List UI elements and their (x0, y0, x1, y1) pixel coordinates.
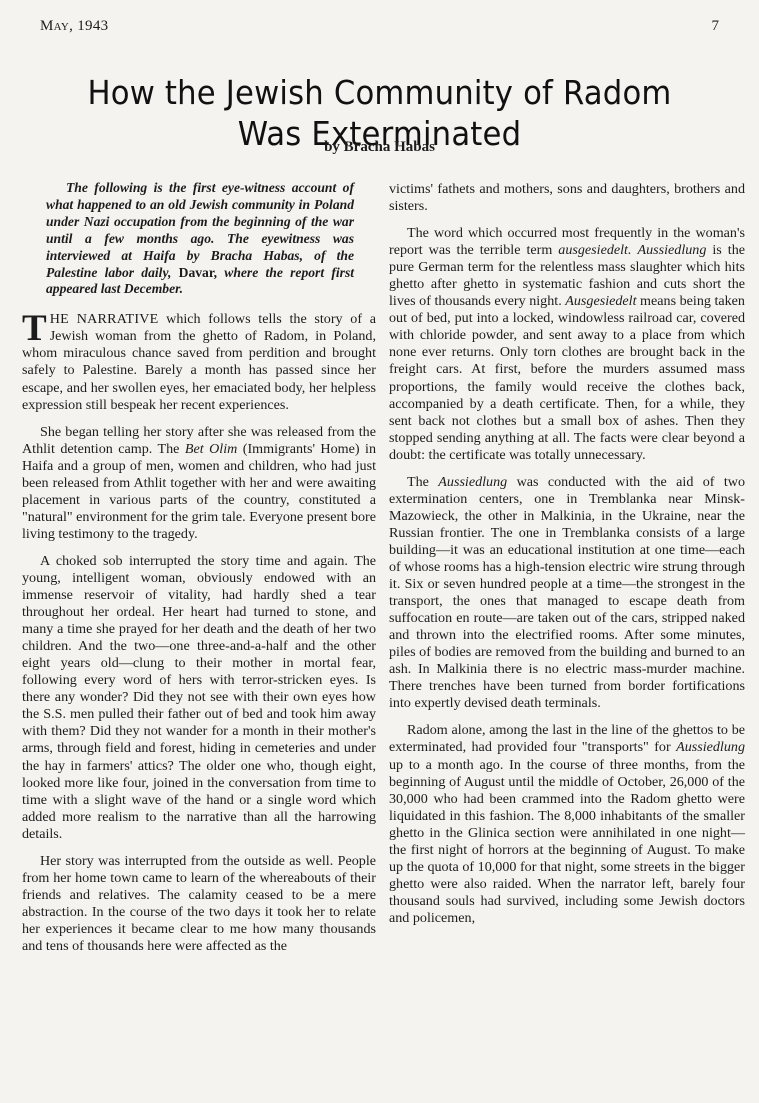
lead-caps: HE NARRATIVE (50, 311, 159, 327)
paragraph-continued: victims' fathets and mothers, sons and d… (389, 181, 745, 215)
paragraph-ausgesiedelt: The word which occurred most frequently … (389, 225, 745, 464)
italic-term: ausgesiedelt. (558, 242, 631, 258)
italic-term: Aussiedlung (438, 474, 507, 490)
paragraph-radom-transports: Radom alone, among the last in the line … (389, 722, 745, 927)
italic-term: Ausgesiedelt (565, 293, 636, 309)
right-column: victims' fathets and mothers, sons and d… (389, 181, 745, 937)
paragraph-extermination-centers: The Aussiedlung was conducted with the a… (389, 474, 745, 713)
text-run: up to a month ago. In the course of thre… (389, 757, 745, 926)
page-number: 7 (712, 18, 720, 35)
left-column: The following is the first eye-witness a… (22, 180, 376, 965)
italic-term: Aussiedlung (637, 242, 706, 258)
paragraph-narrative: THE NARRATIVE which follows tells the st… (22, 311, 376, 413)
title-line-1: How the Jewish Community of Radom (87, 73, 671, 112)
text-run: The (407, 474, 438, 490)
paragraph-interrupted: Her story was interrupted from the outsi… (22, 853, 376, 955)
paragraph-choked-sob: A choked sob interrupted the story time … (22, 553, 376, 843)
drop-cap: T (22, 314, 47, 344)
text-run: was conducted with the aid of two exterm… (389, 474, 745, 712)
running-head: May, 1943 7 (40, 18, 719, 35)
italic-term: Aussiedlung (676, 739, 745, 755)
issue-date: May, 1943 (40, 18, 108, 35)
intro-davar: Davar, (179, 265, 217, 280)
text-run: means being taken out of bed, put into a… (389, 293, 745, 462)
intro-note: The following is the first eye-witness a… (46, 180, 354, 298)
paragraph-athlit: She began telling her story after she wa… (22, 424, 376, 543)
magazine-page: May, 1943 7 How the Jewish Community of … (0, 0, 759, 1103)
italic-term: Bet Olim (185, 441, 237, 457)
byline: by Bracha Habas (0, 139, 759, 156)
